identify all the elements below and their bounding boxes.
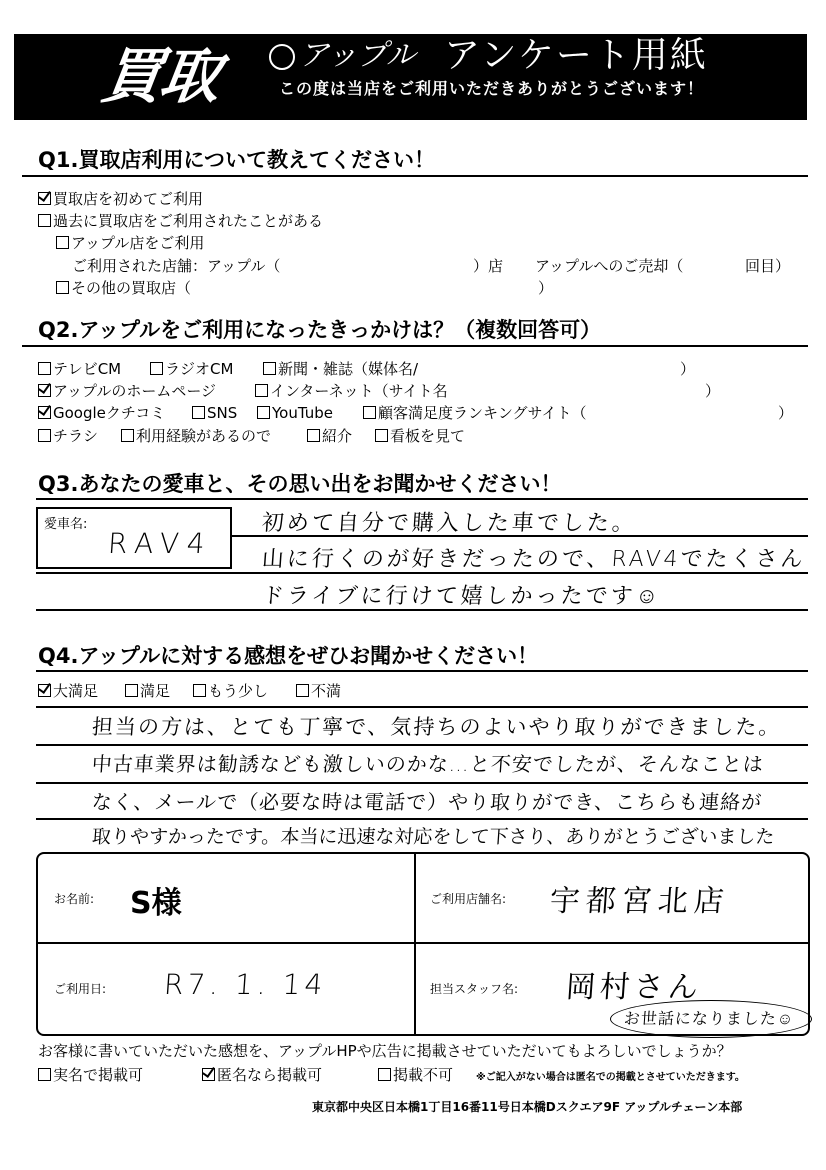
car-name-box[interactable]: 愛車名: RAV4: [36, 507, 232, 569]
q2-close-paren: ）: [680, 359, 695, 379]
checkbox[interactable]: [38, 684, 51, 697]
publish-option-anonymous[interactable]: 匿名なら掲載可: [202, 1065, 322, 1085]
checkbox[interactable]: [375, 429, 388, 442]
q4-comment-line: 中古車業界は勧誘なども激しいのかな…と不安でしたが、そんなことは: [91, 748, 765, 777]
apple-logo-icon: [269, 44, 295, 70]
q1-sale-count-suffix: 回目）: [745, 256, 790, 276]
q4-comment-line: なく、メールで（必要な時は電話で）やり取りができ、こちらも連絡が: [91, 786, 763, 815]
q1-sale-count-label: アップルへのご売却（: [535, 256, 683, 276]
staff-note: お世話になりました☺: [623, 1006, 795, 1029]
checkbox[interactable]: [296, 684, 309, 697]
checkbox[interactable]: [38, 384, 51, 397]
checkbox[interactable]: [363, 406, 376, 419]
store-value: 宇都宮北店: [548, 876, 731, 920]
q4-line: [36, 744, 808, 746]
q1-rule: [22, 175, 808, 177]
checkbox[interactable]: [255, 384, 268, 397]
q1-store-field-suffix: ）店: [473, 256, 503, 276]
q4-line: [36, 706, 808, 708]
checkbox[interactable]: [125, 684, 138, 697]
q3-memory-line: ドライブに行けて嬉しかったです☺: [261, 579, 662, 610]
checkbox[interactable]: [150, 362, 163, 375]
q4-comment-line: 取りやすかったです。本当に迅速な対応をして下さり、ありがとうございました: [91, 822, 775, 849]
car-name-value: RAV4: [107, 527, 214, 560]
q3-title: Q3.あなたの愛車と、その思い出をお聞かせください！: [38, 470, 561, 498]
q4-rating-satisfied[interactable]: 満足: [125, 681, 170, 701]
checkbox[interactable]: [202, 1068, 215, 1081]
q2-option-youtube[interactable]: YouTube: [257, 403, 333, 423]
q4-line: [36, 782, 808, 784]
q2-option-ranking-site[interactable]: 顧客満足度ランキングサイト（: [363, 403, 587, 423]
q2-option-newspaper[interactable]: 新聞・雑誌（媒体名/: [263, 359, 418, 379]
store-field[interactable]: ご利用店舗名: 宇都宮北店: [416, 854, 808, 942]
form-title: アンケート用紙: [444, 34, 708, 78]
publish-note: ※ご記入がない場合は匿名での掲載とさせていただきます。: [476, 1068, 745, 1083]
checkbox[interactable]: [263, 362, 276, 375]
q2-option-referral[interactable]: 紹介: [307, 426, 352, 446]
q2-close-paren: ）: [705, 381, 720, 401]
q1-title: Q1.買取店利用について教えてください！: [38, 146, 435, 174]
date-value: R7. 1. 14: [163, 968, 328, 1001]
name-value: S様: [130, 878, 182, 922]
kaitori-logo: 買取: [97, 40, 223, 114]
checkbox[interactable]: [121, 429, 134, 442]
checkbox[interactable]: [56, 236, 69, 249]
q4-title: Q4.アップルに対する感想をぜひお聞かせください！: [38, 642, 538, 670]
checkbox[interactable]: [38, 406, 51, 419]
header-banner: 買取 アップル アンケート用紙 この度は当店をご利用いただきありがとうございます…: [14, 34, 807, 120]
q2-option-google[interactable]: Googleクチコミ: [38, 403, 165, 423]
q2-option-tv-cm[interactable]: テレビCM: [38, 359, 121, 379]
publish-option-real-name[interactable]: 実名で掲載可: [38, 1065, 143, 1085]
q4-rating-dissatisfied[interactable]: 不満: [296, 681, 341, 701]
q3-memory-line: 初めて自分で購入した車でした。: [261, 506, 638, 537]
banner-subtitle: この度は当店をご利用いただきありがとうございます！: [279, 76, 704, 102]
q4-rating-very-satisfied[interactable]: 大満足: [38, 681, 98, 701]
checkbox[interactable]: [56, 281, 69, 294]
q1-option-apple-store[interactable]: アップル店をご利用: [56, 233, 204, 253]
q2-option-signboard[interactable]: 看板を見て: [375, 426, 465, 446]
q1-option-other-store[interactable]: その他の買取店（: [56, 278, 191, 298]
checkbox[interactable]: [38, 1068, 51, 1081]
q1-store-field-label: ご利用された店舗：アップル（: [72, 256, 280, 276]
checkbox[interactable]: [307, 429, 320, 442]
checkbox[interactable]: [38, 214, 51, 227]
q1-option-first-time[interactable]: 買取店を初めてご利用: [38, 189, 203, 209]
q1-other-close: ）: [538, 278, 553, 298]
q2-option-experience[interactable]: 利用経験があるので: [121, 426, 271, 446]
checkbox[interactable]: [193, 684, 206, 697]
q3-memory-line: 山に行くのが好きだったので、RAV4でたくさん: [261, 542, 807, 573]
checkbox[interactable]: [257, 406, 270, 419]
brand-name: アップル: [299, 36, 416, 76]
checkbox[interactable]: [38, 429, 51, 442]
q4-rating-could-improve[interactable]: もう少し: [193, 681, 268, 701]
q2-option-flyer[interactable]: チラシ: [38, 426, 98, 446]
name-field[interactable]: お名前: S様: [38, 854, 414, 942]
checkbox[interactable]: [38, 192, 51, 205]
q4-comment-line: 担当の方は、とても丁寧で、気持ちのよいやり取りができました。: [91, 711, 783, 741]
q2-option-radio-cm[interactable]: ラジオCM: [150, 359, 233, 379]
q2-close-paren: ）: [778, 403, 793, 423]
q2-option-internet[interactable]: インターネット（サイト名: [255, 381, 448, 401]
q2-rule: [22, 345, 808, 347]
q4-line: [36, 818, 808, 820]
checkbox[interactable]: [378, 1068, 391, 1081]
car-name-label: 愛車名:: [44, 513, 87, 532]
q2-option-homepage[interactable]: アップルのホームページ: [38, 381, 216, 401]
publish-option-not-allowed[interactable]: 掲載不可: [378, 1065, 453, 1085]
date-field[interactable]: ご利用日: R7. 1. 14: [38, 944, 414, 1032]
q2-option-sns[interactable]: SNS: [192, 403, 237, 423]
staff-value: 岡村さん: [564, 962, 703, 1006]
footer-address: 東京都中央区日本橋1丁目16番11号日本橋Dスクエア9F アップルチェーン本部: [312, 1098, 742, 1115]
q3-rule-top: [36, 498, 808, 500]
q2-title: Q2.アップルをご利用になったきっかけは？（複数回答可）: [38, 316, 601, 344]
publish-question: お客様に書いていただいた感想を、アップルHPや広告に掲載させていただいてもよろし…: [38, 1041, 732, 1061]
checkbox[interactable]: [192, 406, 205, 419]
q4-rule: [36, 670, 808, 672]
q1-option-used-before[interactable]: 過去に買取店をご利用されたことがある: [38, 211, 323, 231]
checkbox[interactable]: [38, 362, 51, 375]
